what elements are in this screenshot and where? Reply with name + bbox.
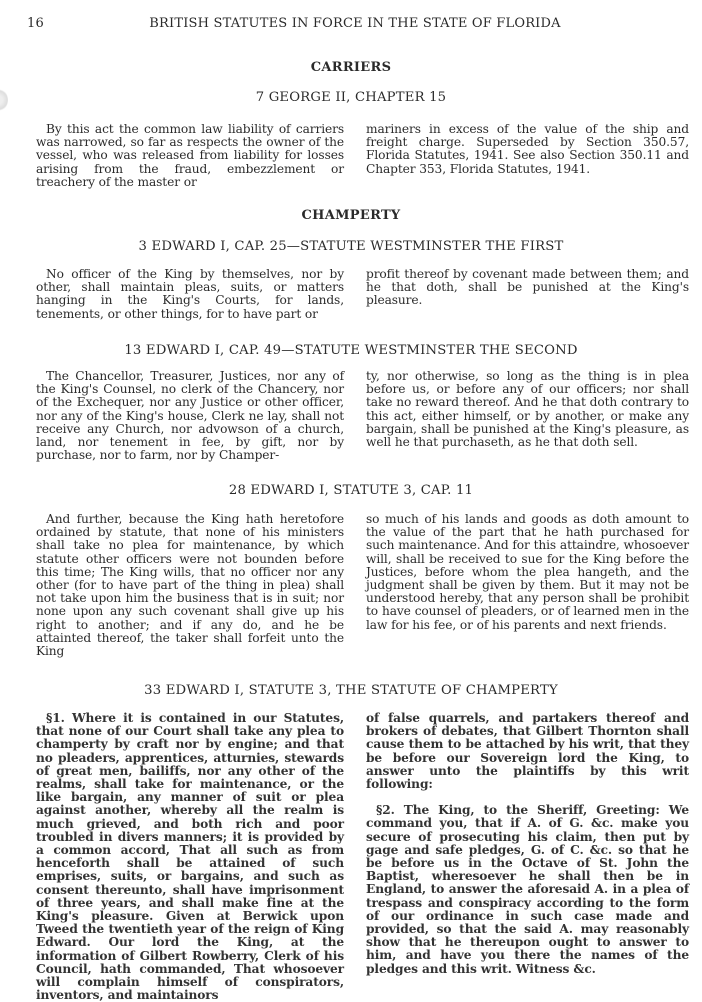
statute-heading: 13 EDWARD I, CAP. 49—STATUTE WESTMINSTER… [0, 343, 702, 358]
section-title-carriers: CARRIERS [0, 60, 702, 75]
paragraph: §2. The King, to the Sheriff, Greeting: … [366, 804, 689, 976]
statute-heading: 33 EDWARD I, STATUTE 3, THE STATUTE OF C… [0, 683, 702, 698]
statute-text-left: §1. Where it is contained in our Statute… [36, 712, 344, 1002]
paragraph: ty, nor otherwise, so long as the thing … [366, 370, 689, 449]
statute-text-left: The Chancellor, Treasurer, Justices, nor… [36, 370, 344, 462]
statute-heading: 28 EDWARD I, STATUTE 3, CAP. 11 [0, 483, 702, 498]
paragraph: No officer of the King by themselves, no… [36, 268, 344, 321]
statute-text-right: mariners in excess of the value of the s… [366, 123, 689, 176]
statute-text-right: ty, nor otherwise, so long as the thing … [366, 370, 689, 449]
book-title: BRITISH STATUTES IN FORCE IN THE STATE O… [0, 16, 702, 31]
paragraph: And further, because the King hath heret… [36, 513, 344, 658]
statute-heading: 7 GEORGE II, CHAPTER 15 [0, 90, 702, 105]
statute-text-right: of false quarrels, and partakers thereof… [366, 712, 689, 976]
paragraph: so much of his lands and goods as doth a… [366, 513, 689, 632]
paragraph: By this act the common law liability of … [36, 123, 344, 189]
section-title-champerty: CHAMPERTY [0, 208, 702, 223]
paragraph: profit thereof by covenant made between … [366, 268, 689, 308]
paragraph: of false quarrels, and partakers thereof… [366, 712, 689, 791]
statute-heading: 3 EDWARD I, CAP. 25—STATUTE WESTMINSTER … [0, 239, 702, 254]
statute-text-left: By this act the common law liability of … [36, 123, 344, 189]
statute-text-left: No officer of the King by themselves, no… [36, 268, 344, 321]
statute-text-left: And further, because the King hath heret… [36, 513, 344, 658]
statute-text-right: so much of his lands and goods as doth a… [366, 513, 689, 632]
running-header: 16 BRITISH STATUTES IN FORCE IN THE STAT… [0, 16, 702, 36]
statute-text-right: profit thereof by covenant made between … [366, 268, 689, 308]
paragraph: The Chancellor, Treasurer, Justices, nor… [36, 370, 344, 462]
paragraph: §1. Where it is contained in our Statute… [36, 712, 344, 1002]
paragraph: mariners in excess of the value of the s… [366, 123, 689, 176]
